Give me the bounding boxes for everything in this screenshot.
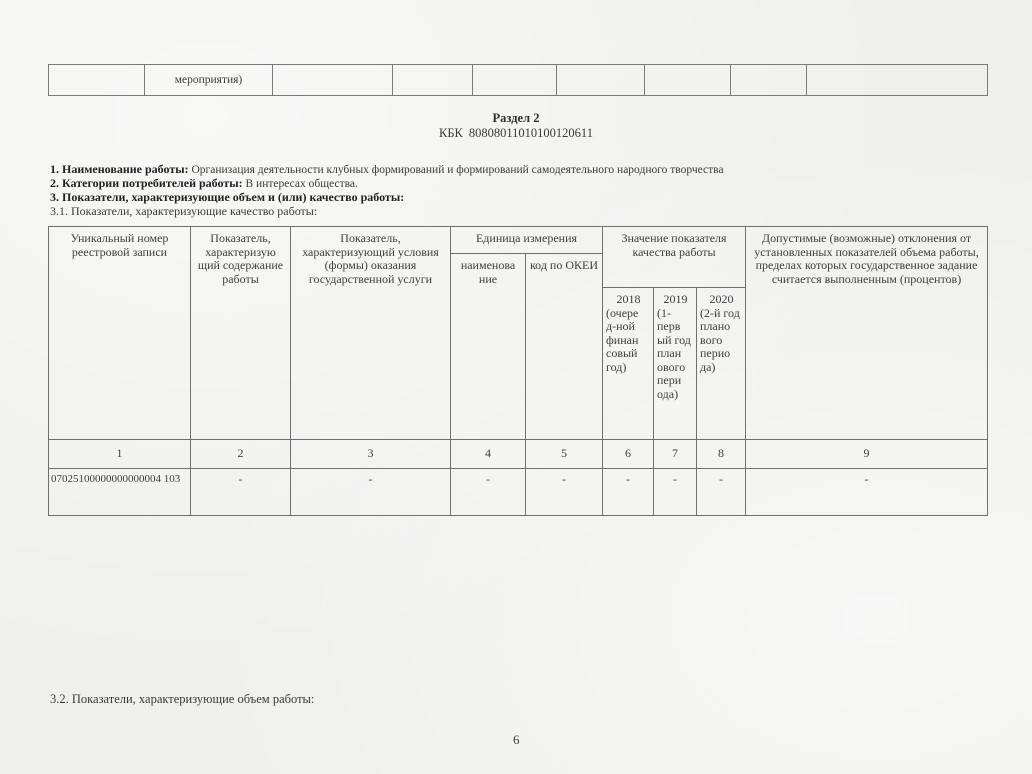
kbk-line: КБК80808011010100120611	[0, 126, 1032, 141]
header-value: Значение показателя качества работы	[603, 227, 746, 288]
section-title: Раздел 2	[0, 111, 1032, 126]
header-year-2020: 2020 (2-й год плано вого перио да)	[697, 288, 746, 440]
table-cell	[49, 65, 145, 96]
table-cell: -	[603, 469, 654, 516]
quality-subheading: 3.1. Показатели, характеризующие качеств…	[50, 204, 317, 219]
previous-table-fragment: мероприятия)	[48, 64, 988, 96]
kbk-label: КБК	[439, 126, 463, 140]
indicators-heading-line: 3. Показатели, характеризующие объем и (…	[50, 190, 404, 205]
column-number: 8	[697, 440, 746, 469]
column-number: 1	[49, 440, 191, 469]
page-number: 6	[513, 732, 520, 748]
table-cell	[393, 65, 473, 96]
header-unit: Единица измерения	[451, 227, 603, 254]
consumers-label: 2. Категории потребителей работы:	[50, 176, 243, 190]
header-conditions-indicator: Показатель, характеризующий условия (фор…	[291, 227, 451, 440]
table-row: мероприятия)	[49, 65, 988, 96]
table-cell: -	[191, 469, 291, 516]
table-cell	[731, 65, 807, 96]
header-year-2019: 2019 (1- перв ый год план ового пери ода…	[654, 288, 697, 440]
volume-subheading: 3.2. Показатели, характеризующие объем р…	[50, 692, 314, 707]
consumers-line: 2. Категории потребителей работы: В инте…	[50, 176, 358, 191]
column-number-row: 1 2 3 4 5 6 7 8 9	[49, 440, 988, 469]
indicators-heading: 3. Показатели, характеризующие объем и (…	[50, 190, 404, 204]
column-number: 4	[451, 440, 526, 469]
header-unit-name: наименова ние	[451, 254, 526, 440]
column-number: 5	[526, 440, 603, 469]
table-cell	[273, 65, 393, 96]
table-cell	[557, 65, 645, 96]
column-number: 6	[603, 440, 654, 469]
column-number: 7	[654, 440, 697, 469]
table-cell	[807, 65, 988, 96]
table-cell: мероприятия)	[145, 65, 273, 96]
quality-indicators-table: Уникальный номер реестровой записи Показ…	[48, 226, 988, 516]
consumers-value: В интересах общества.	[246, 178, 358, 190]
header-deviation: Допустимые (возможные) отклонения от уст…	[746, 227, 988, 440]
header-row: Уникальный номер реестровой записи Показ…	[49, 227, 988, 254]
kbk-value: 80808011010100120611	[469, 126, 593, 140]
table-cell: -	[746, 469, 988, 516]
table-row: 07025100000000000004 103 - - - - - - - -	[49, 469, 988, 516]
table-cell: -	[291, 469, 451, 516]
column-number: 2	[191, 440, 291, 469]
table-cell: -	[526, 469, 603, 516]
column-number: 3	[291, 440, 451, 469]
work-name-value: Организация деятельности клубных формиро…	[192, 164, 724, 176]
table-cell	[473, 65, 557, 96]
header-year-2018: 2018 (очере д-ной финан совый год)	[603, 288, 654, 440]
column-number: 9	[746, 440, 988, 469]
table-cell: -	[697, 469, 746, 516]
header-unit-okei: код по ОКЕИ	[526, 254, 603, 440]
table-cell	[645, 65, 731, 96]
header-registry-number: Уникальный номер реестровой записи	[49, 227, 191, 440]
work-name-label: 1. Наименование работы:	[50, 162, 189, 176]
work-name-line: 1. Наименование работы: Организация деят…	[50, 162, 724, 177]
header-content-indicator: Показатель, характеризую щий содержание …	[191, 227, 291, 440]
table-cell: -	[451, 469, 526, 516]
registry-number-cell: 07025100000000000004 103	[49, 469, 191, 516]
table-cell: -	[654, 469, 697, 516]
